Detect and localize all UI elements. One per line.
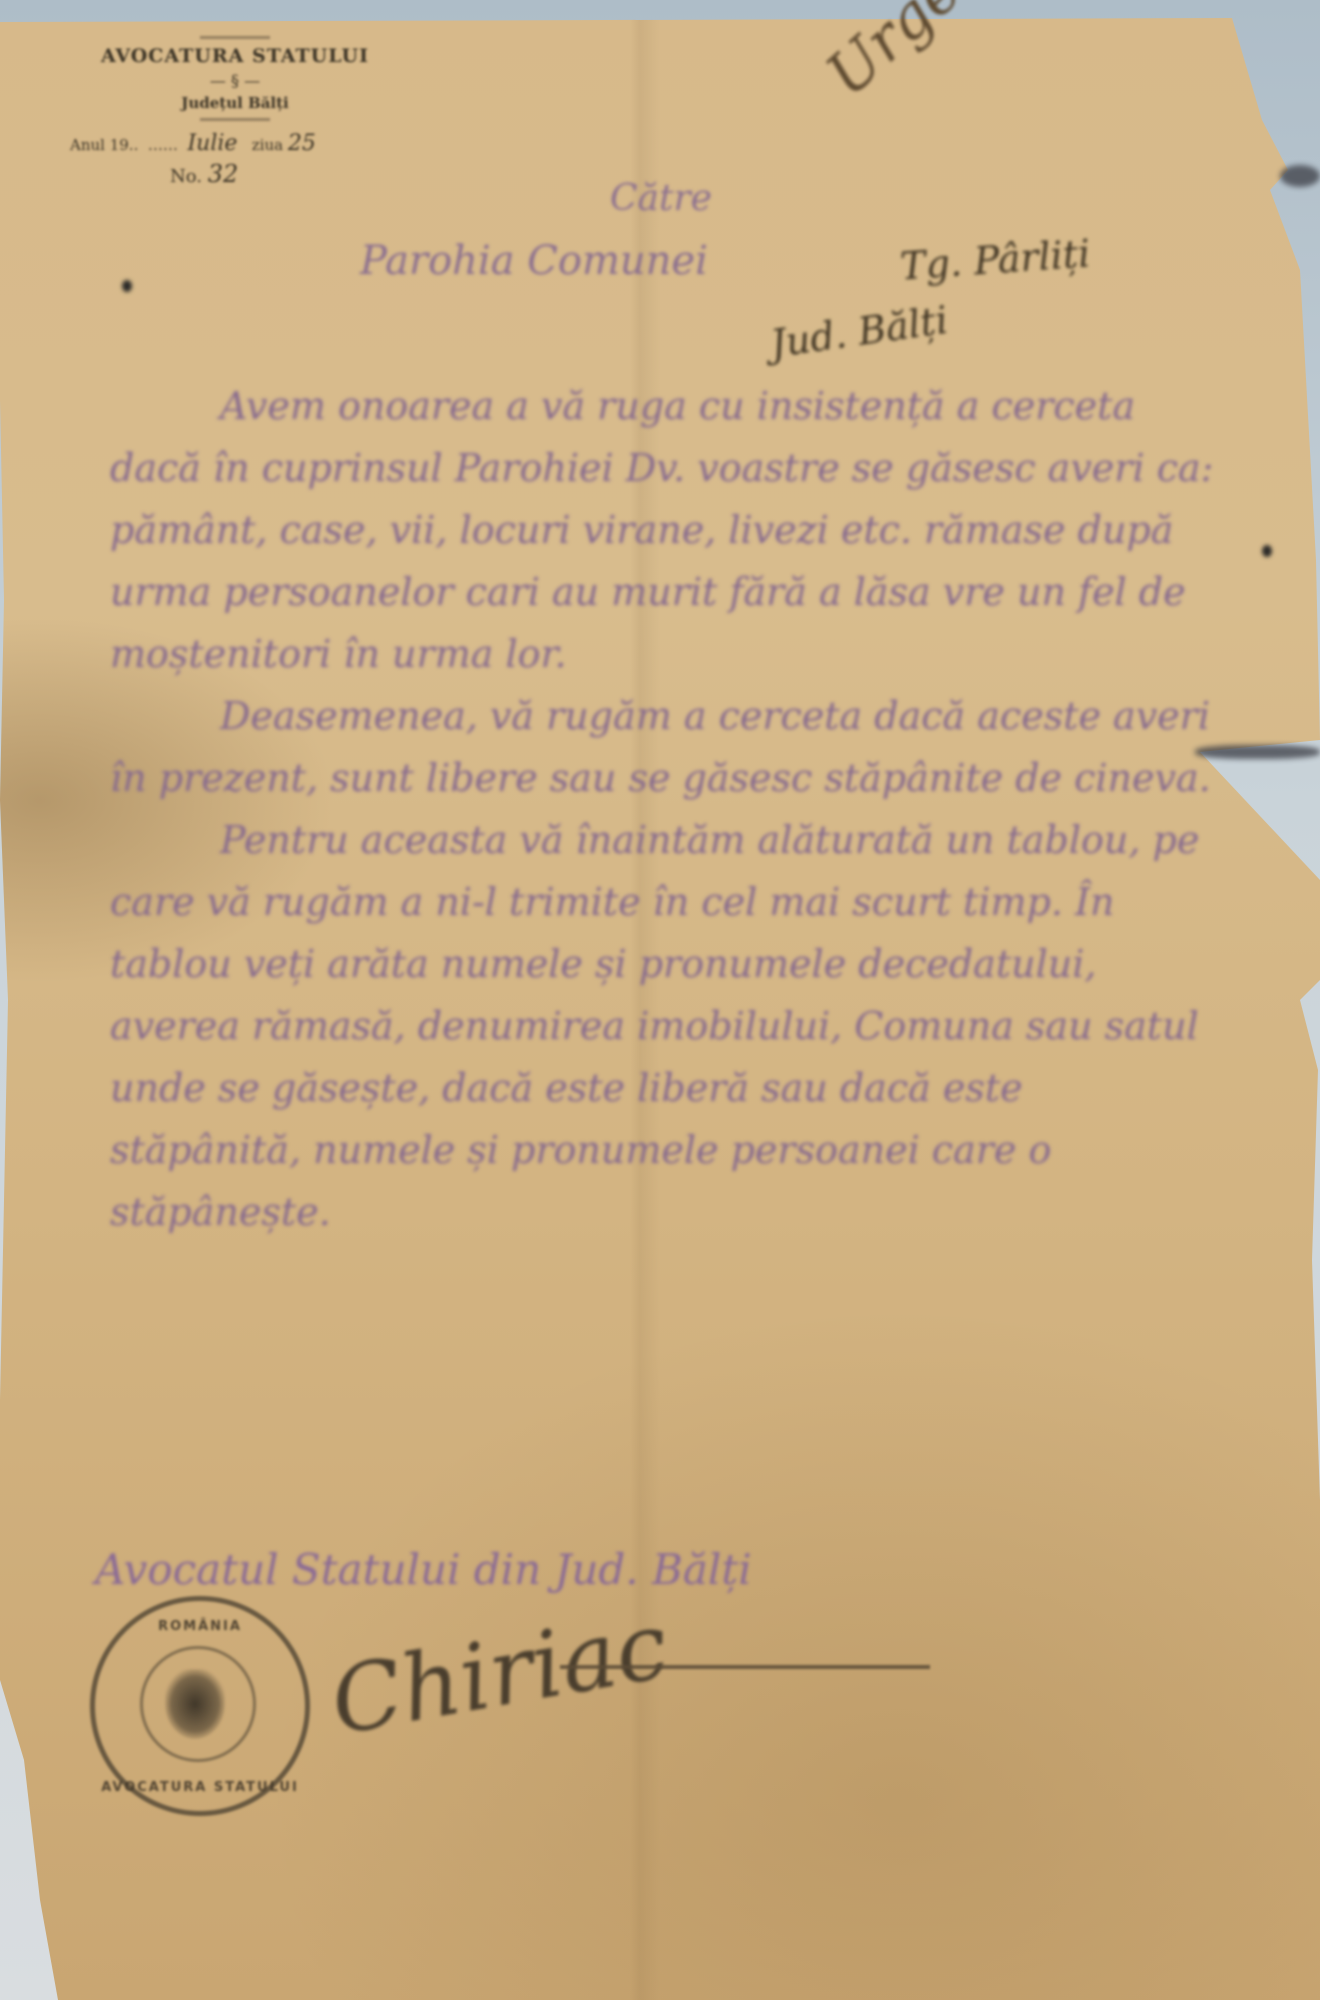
date-day: 25 <box>288 131 316 156</box>
separator: — § — <box>70 71 400 90</box>
photo-scene: AVOCATURA STATULUI — § — Județul Bălți A… <box>0 0 1320 2000</box>
institution-name: AVOCATURA STATULUI <box>70 45 400 67</box>
number-prefix: No. <box>170 166 202 187</box>
letterhead: AVOCATURA STATULUI — § — Județul Bălți A… <box>70 30 400 188</box>
addressee-to: Către <box>610 178 712 219</box>
stamp-bottom-text: AVOCATURA STATULUI <box>95 1780 305 1795</box>
signature-underline <box>560 1665 930 1669</box>
stamp-top-text: ROMÂNIA <box>95 1619 305 1634</box>
ink-spot <box>1262 545 1272 557</box>
body-paragraph: Pentru aceasta vă înaintăm alăturată un … <box>110 809 1220 1243</box>
date-year: Anul 19.. <box>70 136 138 154</box>
official-stamp: ROMÂNIA AVOCATURA STATULUI <box>90 1596 310 1816</box>
body-paragraph: Deasemenea, vă rugăm a cerceta dacă aces… <box>110 685 1220 809</box>
tear-shadow <box>1280 165 1320 187</box>
addressee-parish: Parohia Comunei <box>360 238 708 284</box>
letterhead-county: Județul Bălți <box>70 94 400 112</box>
body-paragraph: Avem onoarea a vă ruga cu insistență a c… <box>110 375 1220 685</box>
date-day-prefix: ziua <box>252 136 283 154</box>
date-line: Anul 19.. …… Iulie ziua 25 <box>70 131 400 156</box>
rule <box>200 36 270 39</box>
letter-body: Avem onoarea a vă ruga cu insistență a c… <box>110 375 1220 1243</box>
closing-title: Avocatul Statului din Jud. Bălți <box>95 1545 752 1594</box>
coat-of-arms-icon <box>165 1669 225 1739</box>
number-line: No. 32 <box>170 160 400 188</box>
date-month: Iulie <box>187 131 237 156</box>
ink-spot <box>122 280 132 292</box>
document-number: 32 <box>208 160 239 188</box>
rule <box>200 118 270 121</box>
